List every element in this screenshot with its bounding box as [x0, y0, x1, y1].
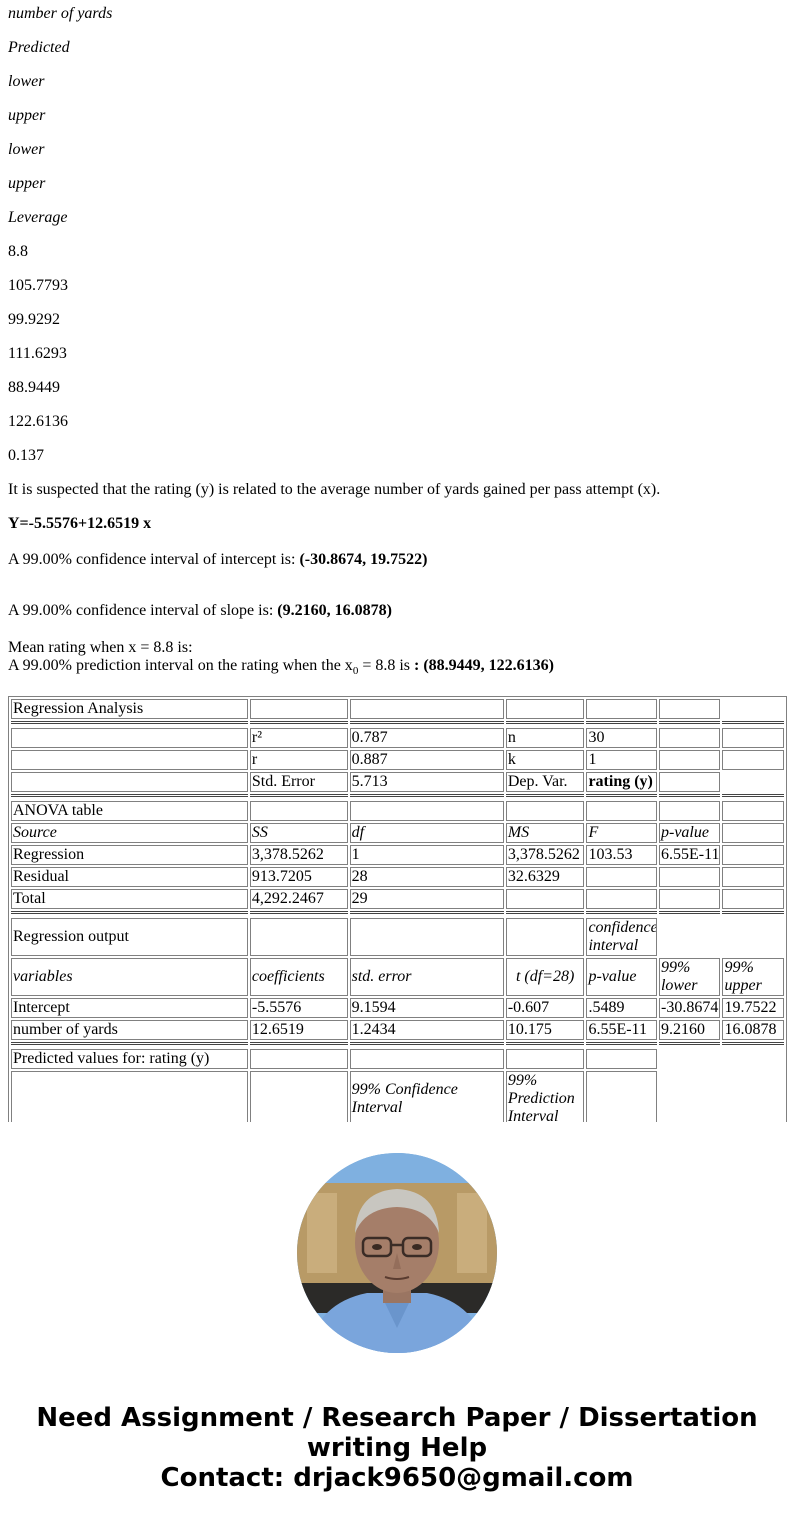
table-cell	[586, 889, 657, 909]
empty-cell	[722, 699, 784, 719]
value-ci-upper: 111.6293	[8, 345, 112, 379]
table-cell: 1	[350, 845, 504, 865]
empty-cell	[11, 772, 248, 792]
column-header: p-value	[659, 823, 720, 843]
table-row: Predicted values for: rating (y)	[11, 1049, 784, 1069]
value-pi-upper: 122.6136	[8, 413, 112, 447]
empty-cell	[506, 801, 585, 821]
slope-ci-label: A 99.00% confidence interval of slope is…	[8, 602, 277, 619]
summary-value: 0.887	[350, 750, 504, 770]
column-header: std. error	[350, 958, 504, 996]
table-cell: Residual	[11, 867, 248, 887]
column-header: 99% upper	[722, 958, 784, 996]
empty-cell	[250, 699, 348, 719]
table-row: Regression Analysis	[11, 699, 784, 719]
empty-cell	[722, 918, 784, 956]
table-cell: -30.8674	[659, 998, 720, 1018]
table-cell: 12.6519	[250, 1020, 348, 1040]
column-header: t (df=28)	[506, 958, 585, 996]
mean-rating: Mean rating when x = 8.8 is:	[8, 639, 193, 657]
table-row: number of yards 12.6519 1.2434 10.175 6.…	[11, 1020, 784, 1040]
table-row: r 0.887 k 1	[11, 750, 784, 770]
empty-cell	[659, 918, 720, 956]
pi-middle: = 8.8 is	[358, 657, 414, 674]
summary-label: Std. Error	[250, 772, 348, 792]
empty-cell	[250, 1071, 348, 1122]
value-predicted: 105.7793	[8, 277, 112, 311]
table-cell	[586, 867, 657, 887]
summary-value: 0.787	[350, 728, 504, 748]
author-avatar	[297, 1153, 497, 1353]
contact-email: Contact: drjack9650@gmail.com	[0, 1463, 794, 1493]
table-cell: 6.55E-11	[659, 845, 720, 865]
table-cell: 9.1594	[350, 998, 504, 1018]
empty-cell	[659, 1071, 720, 1122]
summary-value: 30	[586, 728, 657, 748]
intercept-ci-value: (-30.8674, 19.7522)	[299, 551, 427, 568]
empty-cell	[586, 699, 657, 719]
table-cell: 29	[350, 889, 504, 909]
value-x: 8.8	[8, 243, 112, 277]
empty-cell	[11, 1071, 248, 1122]
table-cell: 32.6329	[506, 867, 585, 887]
empty-cell	[722, 823, 784, 843]
column-header: variables	[11, 958, 248, 996]
table-cell: 6.55E-11	[586, 1020, 657, 1040]
empty-cell	[722, 1071, 784, 1122]
empty-cell	[250, 801, 348, 821]
table-row: r² 0.787 n 30	[11, 728, 784, 748]
table-row: Regression 3,378.5262 1 3,378.5262 103.5…	[11, 845, 784, 865]
empty-cell	[722, 772, 784, 792]
label-upper: upper	[8, 175, 112, 209]
empty-cell	[722, 889, 784, 909]
empty-cell	[11, 728, 248, 748]
table-row: Residual 913.7205 28 32.6329	[11, 867, 784, 887]
column-header: 99% lower	[659, 958, 720, 996]
empty-cell	[722, 801, 784, 821]
column-header: 99% Prediction Interval	[506, 1071, 585, 1122]
regression-table-container: Regression Analysis r² 0.787 n 30 r 0.88…	[8, 696, 787, 1122]
empty-cell	[506, 918, 585, 956]
table-cell: 913.7205	[250, 867, 348, 887]
summary-value: 1	[586, 750, 657, 770]
contact-banner: Need Assignment / Research Paper / Disse…	[0, 1403, 794, 1493]
empty-cell	[350, 1049, 504, 1069]
table-cell: 19.7522	[722, 998, 784, 1018]
separator-row	[11, 1042, 784, 1047]
empty-cell	[250, 1049, 348, 1069]
empty-cell	[722, 750, 784, 770]
empty-cell	[659, 728, 720, 748]
table-row: ANOVA table	[11, 801, 784, 821]
banner-line: writing Help	[0, 1433, 794, 1463]
slope-ci-value: (9.2160, 16.0878)	[277, 602, 392, 619]
intro-text: It is suspected that the rating (y) is r…	[8, 481, 660, 499]
summary-label: r²	[250, 728, 348, 748]
column-header: Source	[11, 823, 248, 843]
table-cell: 9.2160	[659, 1020, 720, 1040]
results-list: number of yards Predicted lower upper lo…	[8, 5, 112, 481]
regression-table: Regression Analysis r² 0.787 n 30 r 0.88…	[8, 696, 787, 1122]
output-header-row: variables coefficients std. error t (df=…	[11, 958, 784, 996]
intercept-ci: A 99.00% confidence interval of intercep…	[8, 551, 427, 569]
table-row: Total 4,292.2467 29	[11, 889, 784, 909]
empty-cell	[659, 1049, 720, 1069]
separator-row	[11, 721, 784, 726]
table-cell: 103.53	[586, 845, 657, 865]
empty-cell	[659, 772, 720, 792]
empty-cell	[350, 801, 504, 821]
table-cell: Regression	[11, 845, 248, 865]
table-cell: number of yards	[11, 1020, 248, 1040]
predicted-title: Predicted values for: rating (y)	[11, 1049, 248, 1069]
separator-row	[11, 911, 784, 916]
label-lower: lower	[8, 73, 112, 107]
column-header: p-value	[586, 958, 657, 996]
table-cell: 3,378.5262	[506, 845, 585, 865]
value-pi-lower: 88.9449	[8, 379, 112, 413]
table-cell: -0.607	[506, 998, 585, 1018]
confidence-interval-label: confidence interval	[586, 918, 657, 956]
table-cell: 28	[350, 867, 504, 887]
table-cell: Intercept	[11, 998, 248, 1018]
anova-header-row: Source SS df MS F p-value	[11, 823, 784, 843]
summary-label: r	[250, 750, 348, 770]
value-leverage: 0.137	[8, 447, 112, 481]
label-lower: lower	[8, 141, 112, 175]
empty-cell	[350, 918, 504, 956]
label-upper: upper	[8, 107, 112, 141]
table-cell: -5.5576	[250, 998, 348, 1018]
empty-cell	[506, 1049, 585, 1069]
table-cell: 1.2434	[350, 1020, 504, 1040]
column-header: df	[350, 823, 504, 843]
anova-title: ANOVA table	[11, 801, 248, 821]
empty-cell	[722, 867, 784, 887]
table-cell: 4,292.2467	[250, 889, 348, 909]
label-number-of-yards: number of yards	[8, 5, 112, 39]
output-title: Regression output	[11, 918, 248, 956]
prediction-interval: A 99.00% prediction interval on the rati…	[8, 657, 554, 675]
person-photo-icon	[297, 1153, 497, 1353]
empty-cell	[586, 1049, 657, 1069]
table-title: Regression Analysis	[11, 699, 248, 719]
banner-line: Need Assignment / Research Paper / Disse…	[0, 1403, 794, 1433]
table-cell: Total	[11, 889, 248, 909]
label-leverage: Leverage	[8, 209, 112, 243]
table-cell	[506, 889, 585, 909]
empty-cell	[722, 845, 784, 865]
empty-cell	[722, 1049, 784, 1069]
table-cell	[659, 867, 720, 887]
separator-row	[11, 794, 784, 799]
pi-label: A 99.00% prediction interval on the rati…	[8, 657, 353, 674]
slope-ci: A 99.00% confidence interval of slope is…	[8, 602, 392, 620]
table-cell: .5489	[586, 998, 657, 1018]
column-header: SS	[250, 823, 348, 843]
label-predicted: Predicted	[8, 39, 112, 73]
table-cell: 3,378.5262	[250, 845, 348, 865]
empty-cell	[586, 1071, 657, 1122]
table-row: Intercept -5.5576 9.1594 -0.607 .5489 -3…	[11, 998, 784, 1018]
empty-cell	[659, 801, 720, 821]
column-header: coefficients	[250, 958, 348, 996]
empty-cell	[250, 918, 348, 956]
value-ci-lower: 99.9292	[8, 311, 112, 345]
column-header: F	[586, 823, 657, 843]
empty-cell	[659, 750, 720, 770]
intercept-ci-label: A 99.00% confidence interval of intercep…	[8, 551, 299, 568]
summary-label: n	[506, 728, 585, 748]
dependent-variable: rating (y)	[586, 772, 657, 792]
summary-label: Dep. Var.	[506, 772, 585, 792]
empty-cell	[659, 699, 720, 719]
empty-cell	[350, 699, 504, 719]
empty-cell	[506, 699, 585, 719]
summary-value: 5.713	[350, 772, 504, 792]
table-row: Std. Error 5.713 Dep. Var. rating (y)	[11, 772, 784, 792]
table-cell: 16.0878	[722, 1020, 784, 1040]
regression-equation: Y=-5.5576+12.6519 x	[8, 515, 151, 533]
empty-cell	[11, 750, 248, 770]
column-header: MS	[506, 823, 585, 843]
table-cell	[659, 889, 720, 909]
table-row: Regression output confidence interval	[11, 918, 784, 956]
column-header: 99% Confidence Interval	[350, 1071, 504, 1122]
empty-cell	[586, 801, 657, 821]
summary-label: k	[506, 750, 585, 770]
pi-value: : (88.9449, 122.6136)	[414, 657, 554, 674]
predicted-header-row: 99% Confidence Interval 99% Prediction I…	[11, 1071, 784, 1122]
empty-cell	[722, 728, 784, 748]
table-cell: 10.175	[506, 1020, 585, 1040]
